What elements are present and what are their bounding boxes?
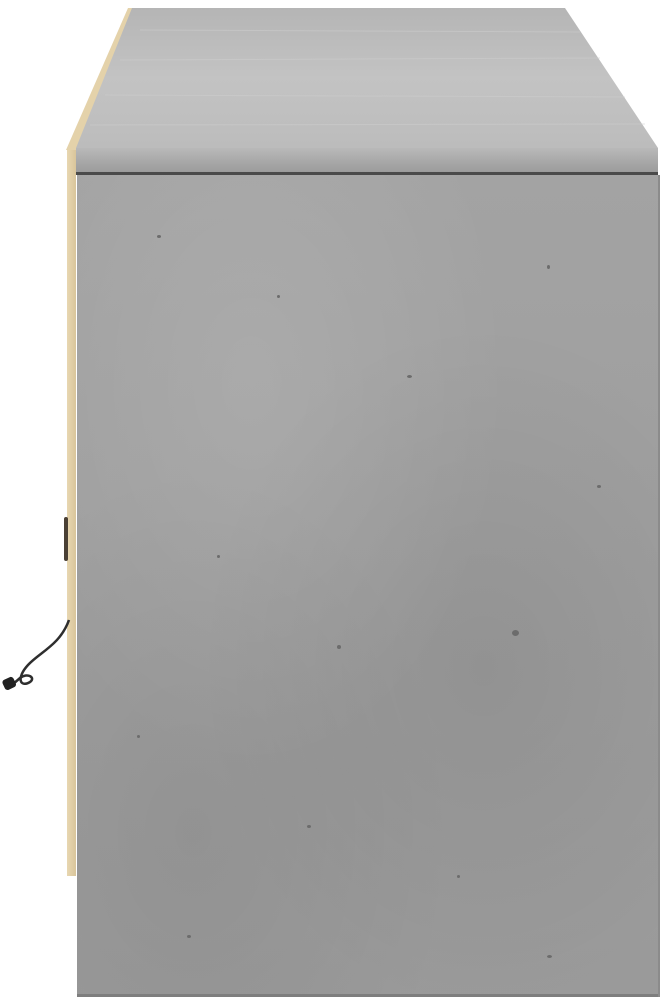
cabinet-bottom-edge [77, 994, 658, 997]
plug-icon [1, 676, 17, 691]
cabinet-side-panel [77, 175, 660, 997]
led-bracket [64, 517, 68, 561]
wood-edge-strip [67, 150, 76, 876]
cabinet-front-edge [76, 148, 658, 172]
cabinet-photo [0, 0, 664, 1000]
power-cord [0, 560, 80, 700]
